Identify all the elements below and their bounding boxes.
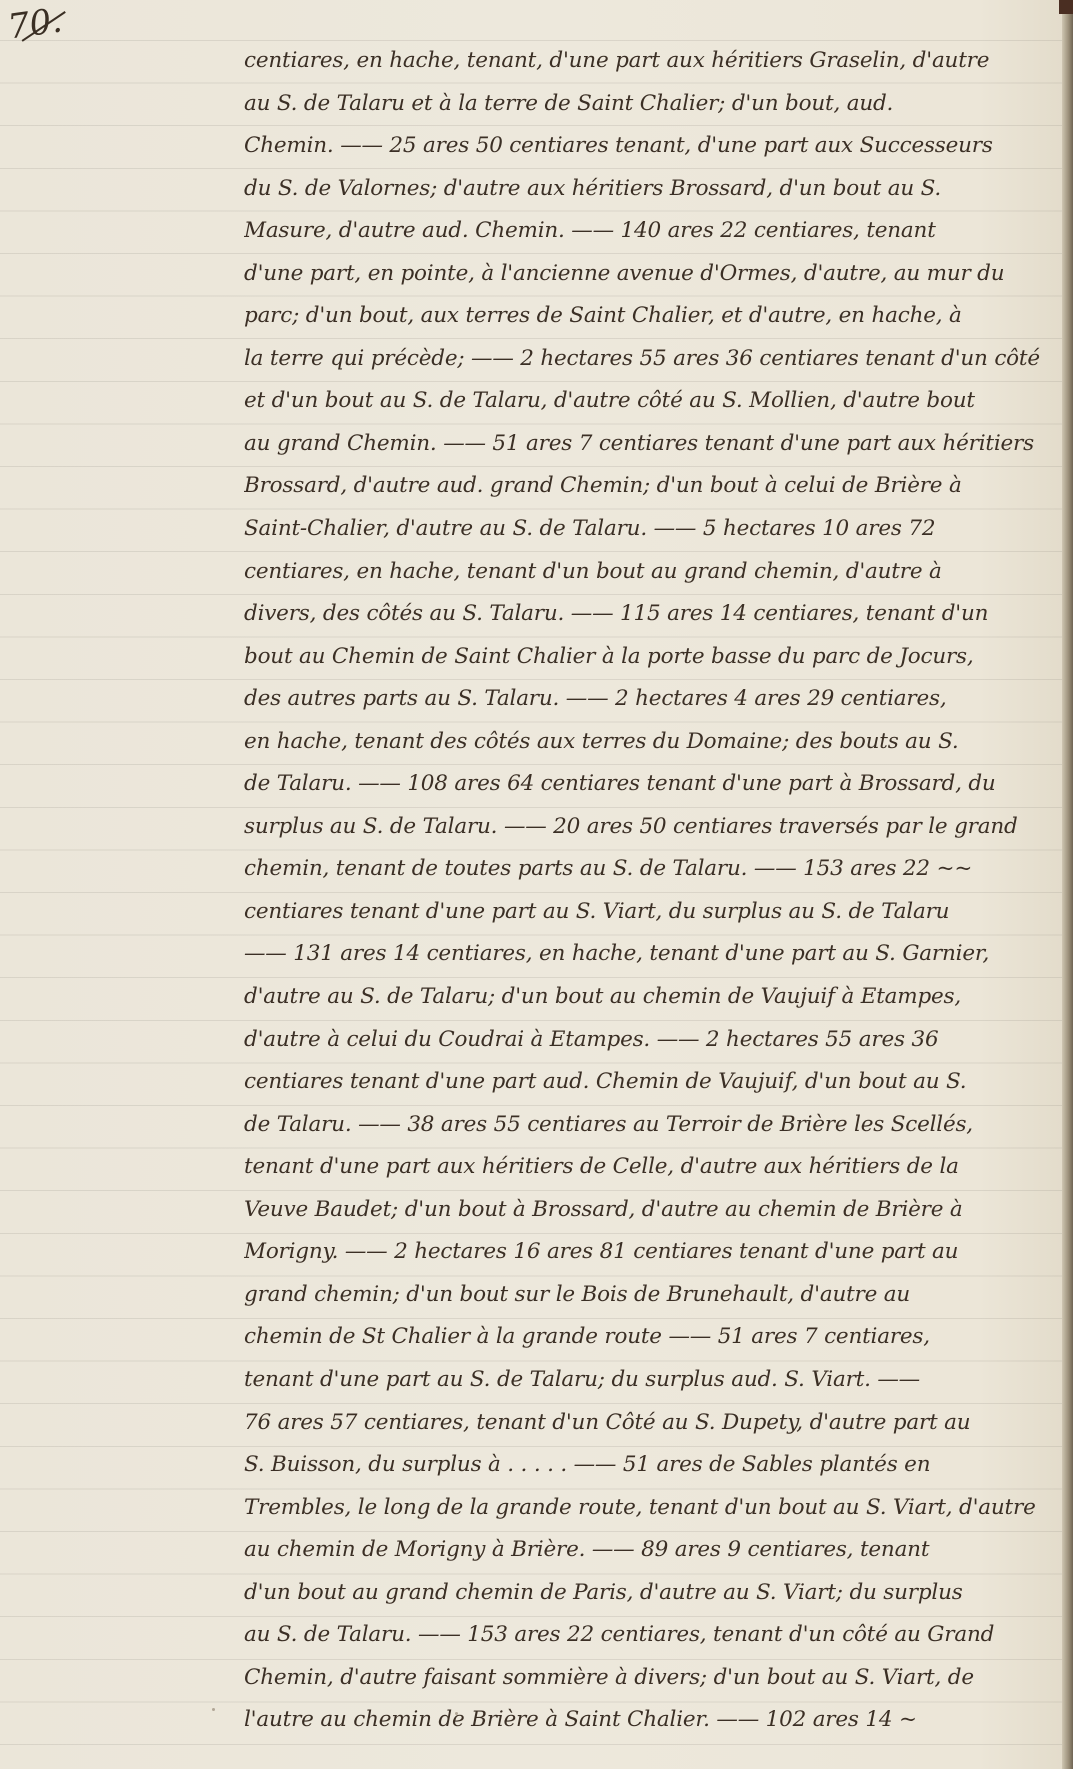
text-line: de Talaru. —— 108 ares 64 centiares tena… [244, 763, 1064, 806]
text-line: la terre qui précède; —— 2 hectares 55 a… [244, 338, 1064, 381]
text-line: Chemin. —— 25 ares 50 centiares tenant, … [244, 125, 1064, 168]
text-line: S. Buisson, du surplus à . . . . . —— 51… [244, 1444, 1064, 1487]
folio-number: 70. [5, 0, 64, 47]
text-line: parc; d'un bout, aux terres de Saint Cha… [244, 295, 1064, 338]
text-line: Brossard, d'autre aud. grand Chemin; d'u… [244, 465, 1064, 508]
text-line: au grand Chemin. —— 51 ares 7 centiares … [244, 423, 1064, 466]
text-line: 76 ares 57 centiares, tenant d'un Côté a… [244, 1402, 1064, 1445]
text-line: de Talaru. —— 38 ares 55 centiares au Te… [244, 1104, 1064, 1147]
text-line: centiares tenant d'une part au S. Viart,… [244, 891, 1064, 934]
text-line: chemin, tenant de toutes parts au S. de … [244, 848, 1064, 891]
text-line: centiares tenant d'une part aud. Chemin … [244, 1061, 1064, 1104]
text-line: au chemin de Morigny à Brière. —— 89 are… [244, 1529, 1064, 1572]
text-line: surplus au S. de Talaru. —— 20 ares 50 c… [244, 806, 1064, 849]
book-binding-edge [1062, 0, 1073, 1769]
text-line: Saint-Chalier, d'autre au S. de Talaru. … [244, 508, 1064, 551]
text-line: au S. de Talaru et à la terre de Saint C… [244, 83, 1064, 126]
text-line: centiares, en hache, tenant d'un bout au… [244, 551, 1064, 594]
text-line: tenant d'une part au S. de Talaru; du su… [244, 1359, 1064, 1402]
text-line: centiares, en hache, tenant, d'une part … [244, 40, 1064, 83]
manuscript-page: 70. centiares, en hache, tenant, d'une p… [0, 0, 1062, 1769]
text-line: en hache, tenant des côtés aux terres du… [244, 721, 1064, 764]
text-line: l'autre au chemin de Brière à Saint Chal… [244, 1699, 1064, 1742]
text-line: bout au Chemin de Saint Chalier à la por… [244, 636, 1064, 679]
text-line: au S. de Talaru. —— 153 ares 22 centiare… [244, 1614, 1064, 1657]
text-line: chemin de St Chalier à la grande route —… [244, 1316, 1064, 1359]
text-line: d'autre à celui du Coudrai à Etampes. ——… [244, 1019, 1064, 1062]
binding-corner [1059, 0, 1073, 14]
text-line: Morigny. —— 2 hectares 16 ares 81 centia… [244, 1231, 1064, 1274]
text-line: Masure, d'autre aud. Chemin. —— 140 ares… [244, 210, 1064, 253]
ink-speck [455, 1712, 458, 1715]
text-line: Trembles, le long de la grande route, te… [244, 1487, 1064, 1530]
text-line: d'autre au S. de Talaru; d'un bout au ch… [244, 976, 1064, 1019]
text-line: grand chemin; d'un bout sur le Bois de B… [244, 1274, 1064, 1317]
text-line: Chemin, d'autre faisant sommière à diver… [244, 1657, 1064, 1700]
text-line: tenant d'une part aux héritiers de Celle… [244, 1146, 1064, 1189]
text-line: des autres parts au S. Talaru. —— 2 hect… [244, 678, 1064, 721]
text-line: d'une part, en pointe, à l'ancienne aven… [244, 253, 1064, 296]
text-line: Veuve Baudet; d'un bout à Brossard, d'au… [244, 1189, 1064, 1232]
text-line: divers, des côtés au S. Talaru. —— 115 a… [244, 593, 1064, 636]
text-line: et d'un bout au S. de Talaru, d'autre cô… [244, 380, 1064, 423]
text-line: —— 131 ares 14 centiares, en hache, tena… [244, 933, 1064, 976]
text-line: du S. de Valornes; d'autre aux héritiers… [244, 168, 1064, 211]
text-line: d'un bout au grand chemin de Paris, d'au… [244, 1572, 1064, 1615]
handwritten-text-block: centiares, en hache, tenant, d'une part … [244, 40, 1064, 1742]
ink-speck [212, 1708, 215, 1711]
